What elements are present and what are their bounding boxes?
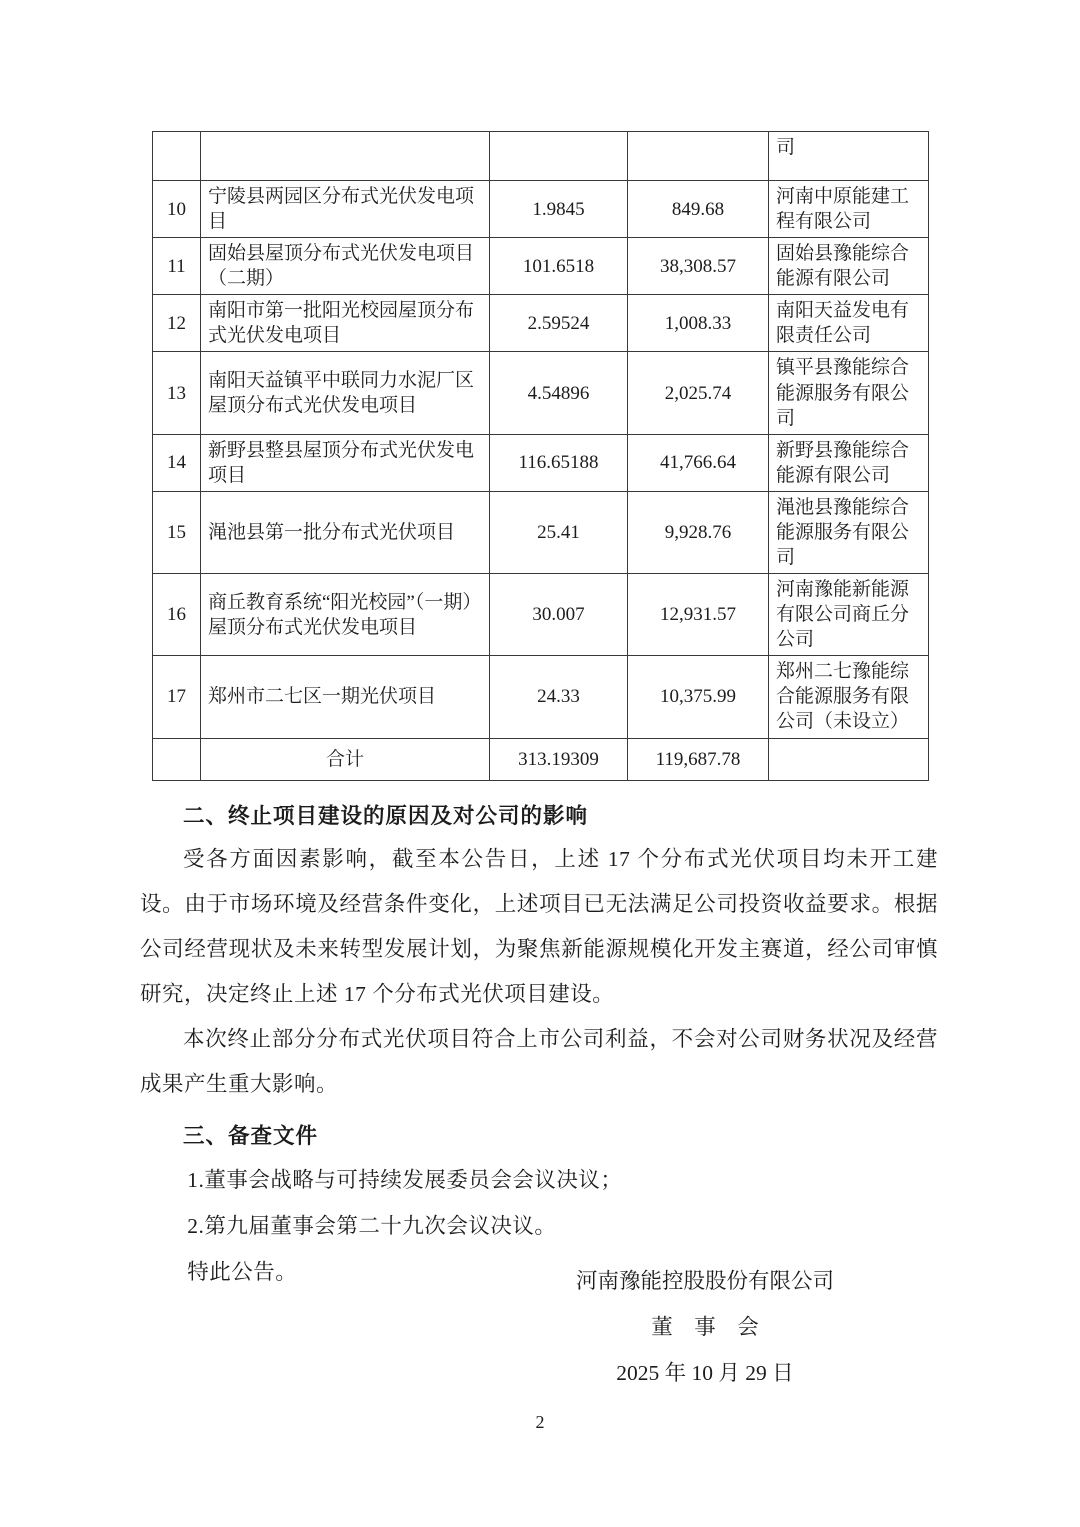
document-content: 司 10 宁陵县两园区分布式光伏发电项目 1.9845 849.68 河南中原能… (0, 131, 1080, 1295)
cell-project-name: 宁陵县两园区分布式光伏发电项目 (201, 181, 490, 238)
document-page: 司 10 宁陵县两园区分布式光伏发电项目 1.9845 849.68 河南中原能… (0, 0, 1080, 1527)
cell-capacity-total: 313.19309 (490, 738, 628, 780)
cell-project-name: 商丘教育系统“阳光校园”（一期）屋顶分布式光伏发电项目 (201, 574, 490, 656)
cell-no: 15 (153, 491, 201, 573)
table-row: 16 商丘教育系统“阳光校园”（一期）屋顶分布式光伏发电项目 30.007 12… (153, 574, 929, 656)
cell-project-name: 南阳市第一批阳光校园屋顶分布式光伏发电项目 (201, 295, 490, 352)
cell-no: 17 (153, 656, 201, 738)
cell-company: 南阳天益发电有限责任公司 (769, 295, 929, 352)
cell-investment: 41,766.64 (628, 434, 769, 491)
cell-company: 河南豫能新能源有限公司商丘分公司 (769, 574, 929, 656)
cell-investment: 2,025.74 (628, 352, 769, 434)
cell-capacity: 24.33 (490, 656, 628, 738)
cell-investment: 1,008.33 (628, 295, 769, 352)
terminated-projects-table: 司 10 宁陵县两园区分布式光伏发电项目 1.9845 849.68 河南中原能… (152, 131, 929, 781)
cell-capacity: 2.59524 (490, 295, 628, 352)
signature-company: 河南豫能控股股份有限公司 (550, 1258, 860, 1304)
table-row: 12 南阳市第一批阳光校园屋顶分布式光伏发电项目 2.59524 1,008.3… (153, 295, 929, 352)
cell-no: 14 (153, 434, 201, 491)
page-number: 2 (0, 1412, 1080, 1433)
paragraph-reasons: 受各方面因素影响，截至本公告日，上述 17 个分布式光伏项目均未开工建设。由于市… (140, 837, 938, 1017)
table-row: 17 郑州市二七区一期光伏项目 24.33 10,375.99 郑州二七豫能综合… (153, 656, 929, 738)
table-row: 14 新野县整县屋顶分布式光伏发电项目 116.65188 41,766.64 … (153, 434, 929, 491)
cell-project-name (201, 132, 490, 181)
section-heading-documents: 三、备查文件 (140, 1115, 938, 1157)
cell-company: 固始县豫能综合能源有限公司 (769, 238, 929, 295)
cell-project-name: 新野县整县屋顶分布式光伏发电项目 (201, 434, 490, 491)
cell-project-name: 南阳天益镇平中联同力水泥厂区屋顶分布式光伏发电项目 (201, 352, 490, 434)
cell-investment-total: 119,687.78 (628, 738, 769, 780)
cell-no: 13 (153, 352, 201, 434)
cell-company: 司 (769, 132, 929, 181)
table-row-carryover: 司 (153, 132, 929, 181)
cell-company: 镇平县豫能综合能源服务有限公司 (769, 352, 929, 434)
cell-capacity: 25.41 (490, 491, 628, 573)
signature-block: 河南豫能控股股份有限公司 董 事 会 2025 年 10 月 29 日 (550, 1258, 860, 1396)
table-row: 11 固始县屋顶分布式光伏发电项目（二期） 101.6518 38,308.57… (153, 238, 929, 295)
cell-investment: 10,375.99 (628, 656, 769, 738)
cell-company: 郑州二七豫能综合能源服务有限公司（未设立） (769, 656, 929, 738)
document-list-item-1: 1.董事会战略与可持续发展委员会会议决议； (140, 1157, 938, 1203)
cell-company (769, 738, 929, 780)
cell-project-name: 固始县屋顶分布式光伏发电项目（二期） (201, 238, 490, 295)
document-list-item-2: 2.第九届董事会第二十九次会议决议。 (140, 1203, 938, 1249)
table-row: 13 南阳天益镇平中联同力水泥厂区屋顶分布式光伏发电项目 4.54896 2,0… (153, 352, 929, 434)
cell-company: 新野县豫能综合能源有限公司 (769, 434, 929, 491)
cell-company: 渑池县豫能综合能源服务有限公司 (769, 491, 929, 573)
cell-capacity: 101.6518 (490, 238, 628, 295)
cell-project-name: 郑州市二七区一期光伏项目 (201, 656, 490, 738)
table-row: 10 宁陵县两园区分布式光伏发电项目 1.9845 849.68 河南中原能建工… (153, 181, 929, 238)
cell-capacity: 30.007 (490, 574, 628, 656)
cell-capacity: 4.54896 (490, 352, 628, 434)
cell-investment: 12,931.57 (628, 574, 769, 656)
cell-investment: 849.68 (628, 181, 769, 238)
cell-no: 10 (153, 181, 201, 238)
cell-total-label: 合计 (201, 738, 490, 780)
cell-capacity: 1.9845 (490, 181, 628, 238)
cell-company: 河南中原能建工程有限公司 (769, 181, 929, 238)
cell-capacity (490, 132, 628, 181)
cell-capacity: 116.65188 (490, 434, 628, 491)
cell-project-name: 渑池县第一批分布式光伏项目 (201, 491, 490, 573)
cell-investment: 38,308.57 (628, 238, 769, 295)
cell-no (153, 738, 201, 780)
signature-board: 董 事 会 (550, 1304, 860, 1350)
cell-no: 16 (153, 574, 201, 656)
cell-no: 11 (153, 238, 201, 295)
table-row: 15 渑池县第一批分布式光伏项目 25.41 9,928.76 渑池县豫能综合能… (153, 491, 929, 573)
section-heading-reasons: 二、终止项目建设的原因及对公司的影响 (140, 795, 938, 837)
paragraph-impact: 本次终止部分分布式光伏项目符合上市公司利益，不会对公司财务状况及经营成果产生重大… (140, 1017, 938, 1107)
cell-no (153, 132, 201, 181)
cell-investment (628, 132, 769, 181)
signature-date: 2025 年 10 月 29 日 (550, 1350, 860, 1396)
table-row-total: 合计 313.19309 119,687.78 (153, 738, 929, 780)
cell-no: 12 (153, 295, 201, 352)
cell-investment: 9,928.76 (628, 491, 769, 573)
